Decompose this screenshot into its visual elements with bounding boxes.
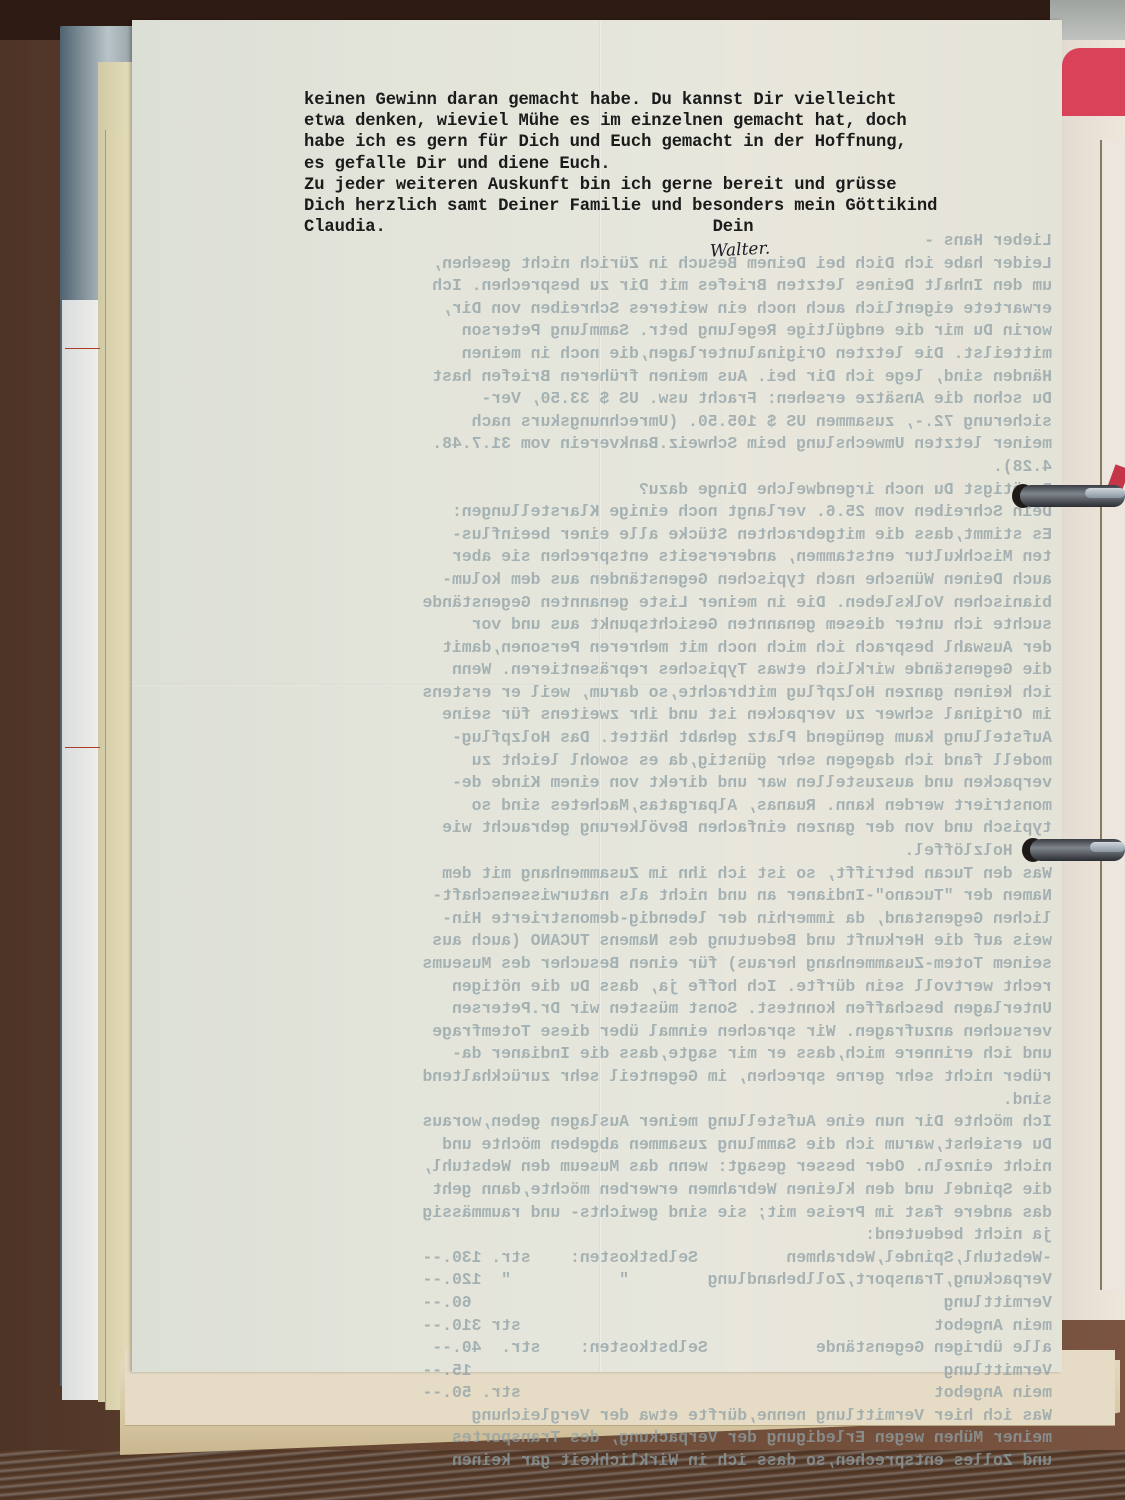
bleed-through-line: ja nicht bedeutend: <box>182 1224 1052 1247</box>
handwritten-signature: Walter. <box>710 238 771 261</box>
letter-body: keinen Gewinn daran gemacht habe. Du kan… <box>304 90 1024 238</box>
bleed-through-line: Was ich hier Vermittlung nenne,dürfte et… <box>182 1405 1052 1428</box>
letter-line: Zu jeder weiteren Auskunft bin ich gerne… <box>304 175 1024 196</box>
bleed-through-line: mein Angebot str 310.-- <box>182 1315 1052 1338</box>
bleed-through-line: lichen Gegenstand, da immerhin der leben… <box>182 908 1052 931</box>
bleed-through-line: -Webstuhl,Spindel,Webrahmen Selbstkosten… <box>182 1247 1052 1270</box>
bleed-through-line: Benötigst Du noch irgendwelche Dinge daz… <box>182 479 1052 502</box>
bleed-through-line: versuchen anzufragen. Wir sprachen einma… <box>182 1021 1052 1044</box>
bleed-through-line: weis auf die Herkunft und Bedeutung des … <box>182 930 1052 953</box>
bleed-through-line: ich keinen ganzen Holzpflug mitbrachte,s… <box>182 682 1052 705</box>
bleed-through-line: Namen der "Tucano"-Indianer an und nicht… <box>182 885 1052 908</box>
bleed-through-line: Ich möchte Dir nun eine Aufstellung mein… <box>182 1111 1052 1134</box>
right-page-stack-2 <box>1100 140 1125 1290</box>
bleed-through-line: meiner Mühen wegen Erledigung der Verpac… <box>182 1427 1052 1450</box>
bleed-through-line: bianischen Volksleben. Die in meiner Lis… <box>182 592 1052 615</box>
bleed-through-line: mein Angebot str. 50.-- <box>182 1382 1052 1405</box>
bleed-through-line: worin Du mir die endgültige Regelung bet… <box>182 320 1052 343</box>
bleed-through-line: 4.28). <box>182 456 1052 479</box>
bleed-through-line: verpacken und auszustellen war und direk… <box>182 772 1052 795</box>
bleed-through-line: alle übrigen Gegenstände Selbstkosten: s… <box>182 1337 1052 1360</box>
bleed-through-line: Händen sind, lege ich Dir bei. Aus meine… <box>182 366 1052 389</box>
bleed-through-line: suchte ich unter diesem genannten Gesich… <box>182 614 1052 637</box>
ring-highlight <box>1085 488 1125 498</box>
bleed-through-line: ten Mischkultur entstammen, andererseits… <box>182 546 1052 569</box>
letter-line: habe ich es gern für Dich und Euch gemac… <box>304 132 1024 153</box>
bleed-through-line: im Original schwer zu verpacken ist und … <box>182 704 1052 727</box>
letter-line: Claudia. Dein <box>304 217 1024 238</box>
bleed-through-line: seinem Totem-Zusammenhang heraus) für ei… <box>182 953 1052 976</box>
letter-line: keinen Gewinn daran gemacht habe. Du kan… <box>304 90 1024 111</box>
bleed-through-line: Was den Tucan betrifft, so ist ich ihn i… <box>182 863 1052 886</box>
bleed-through-line: Du schon die Ansätze ersehen: Fracht usw… <box>182 388 1052 411</box>
bleed-through-line: modell fand ich dagegen sehr günstig,da … <box>182 750 1052 773</box>
ring-highlight <box>1090 842 1125 852</box>
bleed-through-line: monstriert werden kann. Ruanas, Alpargat… <box>182 795 1052 818</box>
letter-line: etwa denken, wieviel Mühe es im einzelne… <box>304 111 1024 132</box>
bleed-through-line: Dein Schreiben vom 25.6. verlangt noch e… <box>182 501 1052 524</box>
red-margin-line-2 <box>65 348 100 349</box>
bleed-through-line: meiner letzten Umwechslung beim Schweiz.… <box>182 433 1052 456</box>
bleed-through-line: auch Deinen Wünsche nach typischen Gegen… <box>182 569 1052 592</box>
bleed-through-line: Vermittlung 60.-- <box>182 1292 1052 1315</box>
bleed-through-line: Es stimmt,dass die mitgebrachten Stücke … <box>182 524 1052 547</box>
letter-page: Lieber Hans -Leider habe ich Dich bei De… <box>132 20 1062 1372</box>
bleed-through-line: typisch und von der ganzen einfachen Bev… <box>182 817 1052 840</box>
bleed-through-line: die Gegenstände wirklich etwas Typisches… <box>182 659 1052 682</box>
red-margin-line <box>65 747 100 748</box>
bleed-through-line: der Holzlöffel. <box>182 840 1052 863</box>
bleed-through-line: Vermittlung 15.-- <box>182 1360 1052 1383</box>
bleed-through-line: Aufstellung kaum genügend Platz gehabt h… <box>182 727 1052 750</box>
background-sheet-white <box>62 300 102 1400</box>
letter-line: Dich herzlich samt Deiner Familie und be… <box>304 196 1024 217</box>
bleed-through-line: um den Inhalt Deines letzten Briefes mit… <box>182 275 1052 298</box>
bleed-through-line: der Auswahl besprach ich mich noch mit m… <box>182 637 1052 660</box>
bleed-through-line: mitteilst. Die letzten Originalunterlage… <box>182 343 1052 366</box>
bleed-through-line: erwartete eigentlich auch noch ein weite… <box>182 298 1052 321</box>
bleed-through-line: recht wertvoll sein dürfte. Ich hoffe ja… <box>182 976 1052 999</box>
bleed-through-text: Lieber Hans -Leider habe ich Dich bei De… <box>182 230 1052 1473</box>
bleed-through-line: rüber nicht sehr gerne sprechen, im Gege… <box>182 1066 1052 1089</box>
bleed-through-line: und Zolles entsprechen,so dass ich in Wi… <box>182 1450 1052 1473</box>
bleed-through-line: und ich erinnere mich,dass er mir sagte,… <box>182 1043 1052 1066</box>
bleed-through-line: Verpackung,Transport,Zollbehandlung " " … <box>182 1269 1052 1292</box>
bleed-through-line: die Spindel und den kleinen Webrahmen er… <box>182 1179 1052 1202</box>
bleed-through-line: Leider habe ich Dich bei Deinem Besuch i… <box>182 253 1052 276</box>
bleed-through-line: das andere fast im Preise mit; sie sind … <box>182 1202 1052 1225</box>
bleed-through-line: Du ersiehst,warum ich die Sammlung zusam… <box>182 1134 1052 1157</box>
bleed-through-line: nicht einzeln. Oder besser gesagt: wenn … <box>182 1156 1052 1179</box>
bleed-through-line: sind. <box>182 1089 1052 1112</box>
bleed-through-line: Unterlagen beschaffen konntest. Sonst mü… <box>182 998 1052 1021</box>
letter-line: es gefalle Dir und diene Euch. <box>304 154 1024 175</box>
bleed-through-line: sicherung 72.-, zusammen US $ 105.50. (U… <box>182 411 1052 434</box>
red-divider-tab <box>1062 48 1125 116</box>
